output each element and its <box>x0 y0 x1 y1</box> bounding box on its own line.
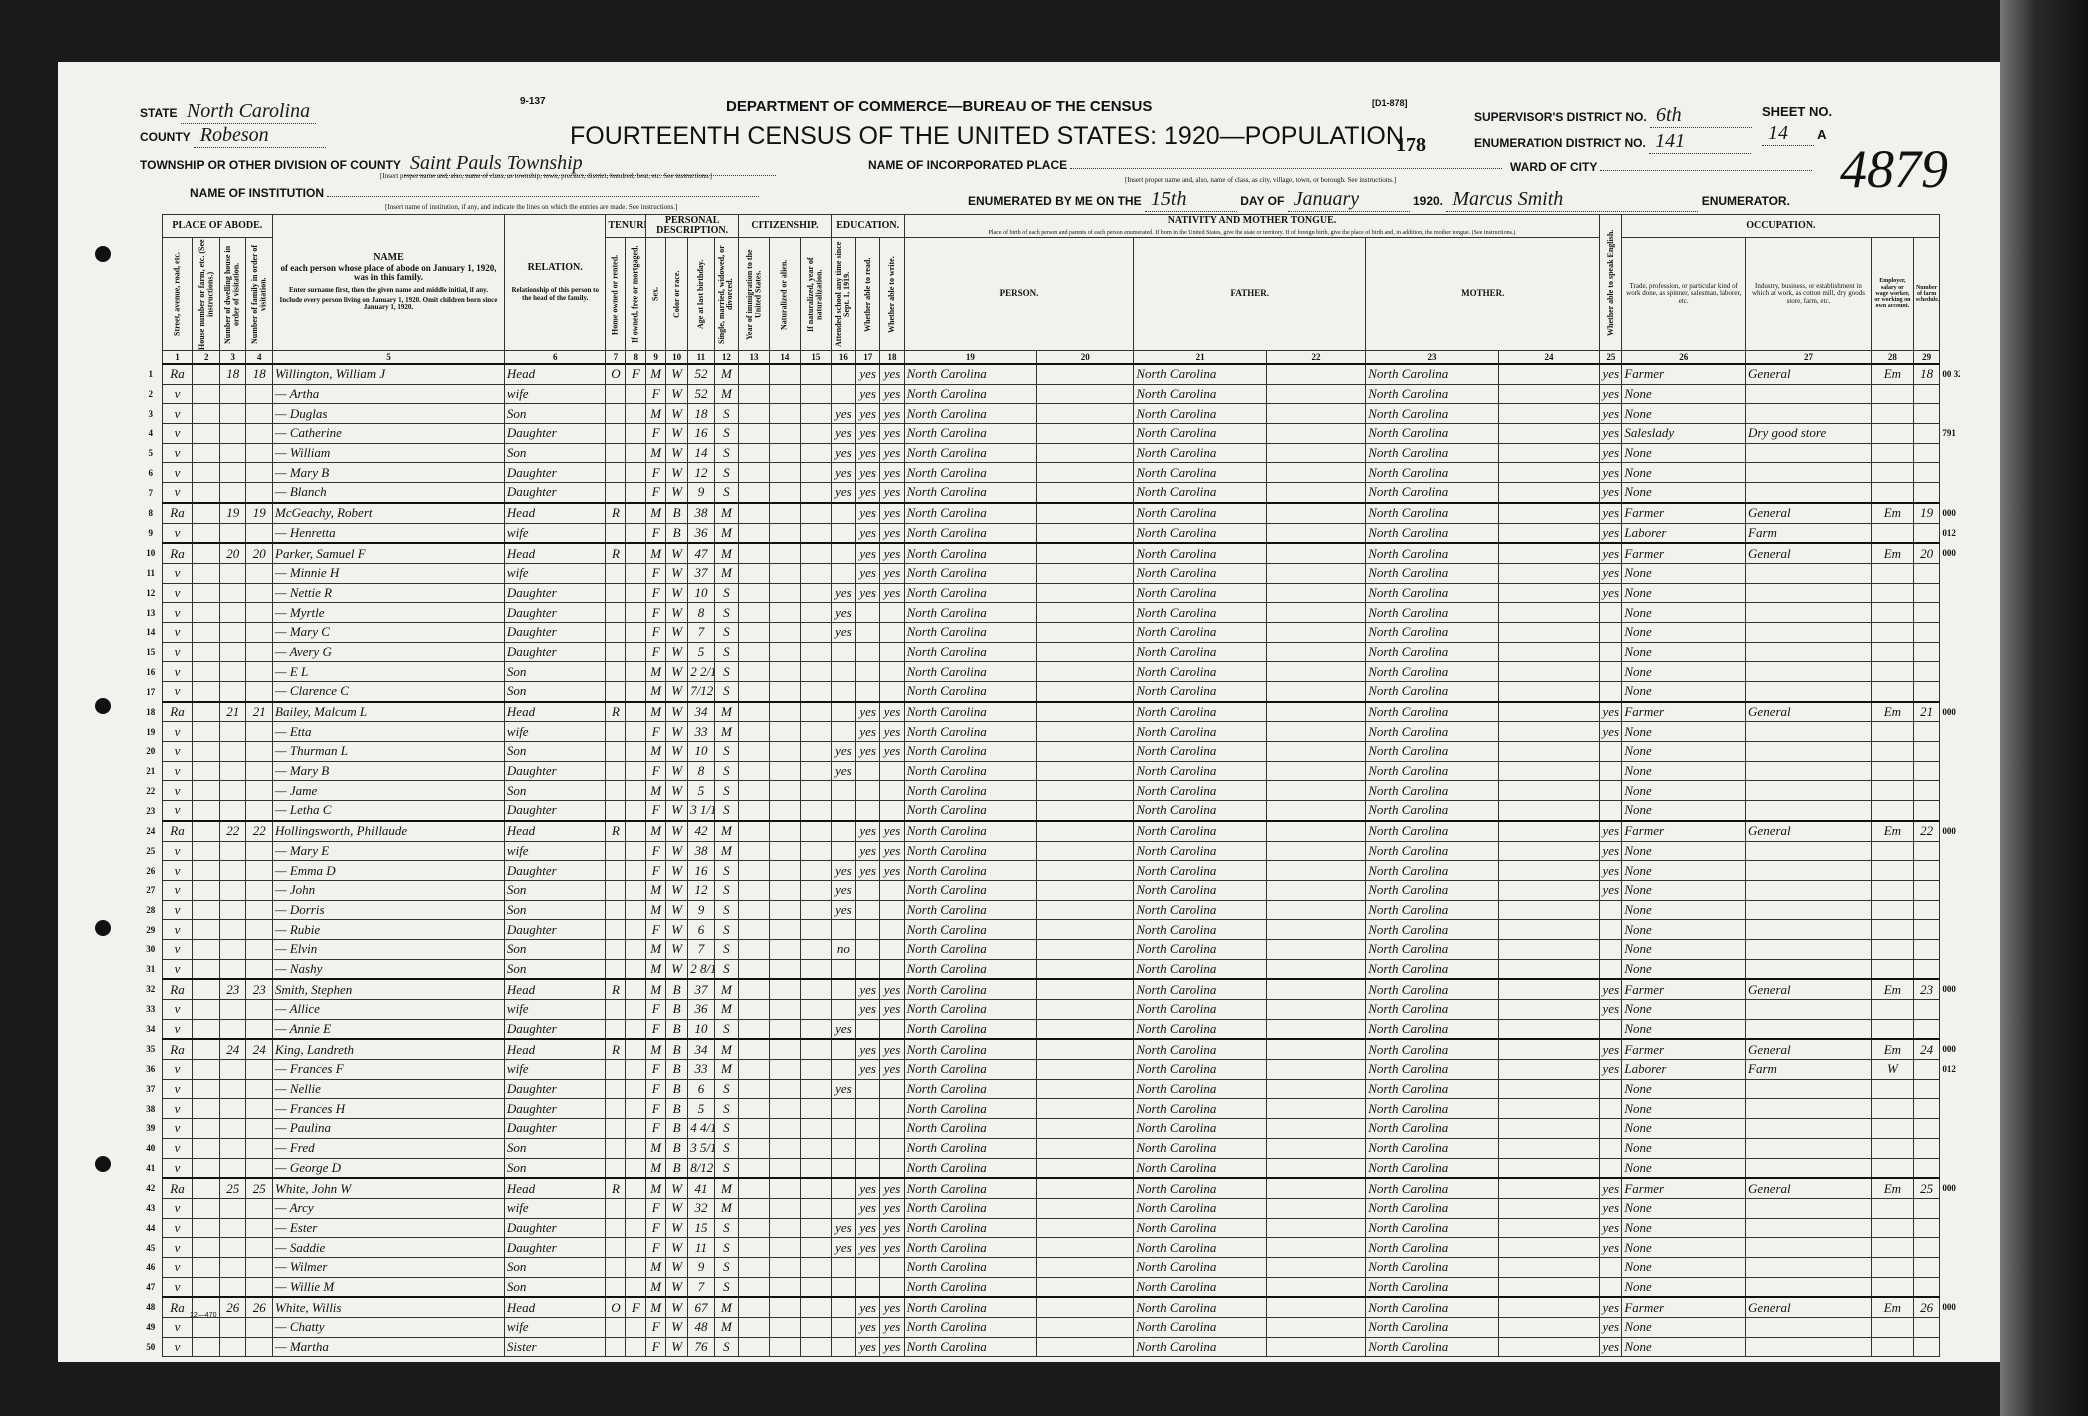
department-title: DEPARTMENT OF COMMERCE—BUREAU OF THE CEN… <box>726 98 1152 115</box>
speak-english-cell: yes <box>1600 1039 1622 1059</box>
race-cell: W <box>666 682 688 702</box>
read-cell <box>856 1277 880 1297</box>
birthplace-cell: North Carolina <box>904 603 1037 623</box>
street-cell: Ra <box>162 364 193 384</box>
marital-cell: M <box>714 523 738 543</box>
industry-cell: Dry good store <box>1746 424 1872 444</box>
age-cell: 12 <box>688 463 715 483</box>
mother-tongue-cell <box>1498 900 1600 920</box>
family-number-cell <box>246 622 273 642</box>
free-mortgaged-cell <box>626 1158 646 1178</box>
table-row: 33v— AllicewifeFB36MyesyesNorth Carolina… <box>140 1000 1960 1020</box>
street-cell: v <box>162 959 193 979</box>
employer-class-cell <box>1871 900 1913 920</box>
home-owned-cell <box>606 483 626 503</box>
mother-tongue-cell <box>1037 939 1134 959</box>
free-mortgaged-cell <box>626 563 646 583</box>
relation-cell: wife <box>504 523 606 543</box>
farm-schedule-cell <box>1913 662 1940 682</box>
column-number: 6 <box>504 351 606 365</box>
read-cell: yes <box>856 543 880 563</box>
write-cell: yes <box>880 463 904 483</box>
employer-class-cell: Em <box>1871 821 1913 841</box>
marital-cell: M <box>714 1000 738 1020</box>
employer-class-cell <box>1871 662 1913 682</box>
mother-birthplace-cell: North Carolina <box>1366 563 1499 583</box>
father-birthplace-cell: North Carolina <box>1134 1138 1267 1158</box>
age-cell: 7/12 <box>688 682 715 702</box>
column-number: 18 <box>880 351 904 365</box>
father-birthplace-cell: North Carolina <box>1134 939 1267 959</box>
family-number-cell <box>246 1079 273 1099</box>
occupation-cell: None <box>1622 920 1746 940</box>
naturalization-year-cell <box>800 959 831 979</box>
speak-english-cell <box>1600 1099 1622 1119</box>
house-number-cell <box>193 979 220 999</box>
speak-english-cell <box>1600 1138 1622 1158</box>
school-cell <box>831 1000 855 1020</box>
industry-cell <box>1746 642 1872 662</box>
school-cell <box>831 1158 855 1178</box>
house-number-cell <box>193 900 220 920</box>
birthplace-cell: North Carolina <box>904 1138 1037 1158</box>
mother-tongue-cell <box>1037 483 1134 503</box>
table-row: 2v— ArthawifeFW52MyesyesNorth CarolinaNo… <box>140 384 1960 404</box>
dwelling-number-cell: 23 <box>219 979 246 999</box>
farm-schedule-cell <box>1913 463 1940 483</box>
marital-cell: M <box>714 702 738 722</box>
table-row: 21v— Mary BDaughterFW8SyesNorth Carolina… <box>140 761 1960 781</box>
school-cell: yes <box>831 1079 855 1099</box>
read-cell <box>856 603 880 623</box>
mother-birthplace-cell: North Carolina <box>1366 1337 1499 1357</box>
margin-note <box>1940 404 1960 424</box>
age-cell: 37 <box>688 979 715 999</box>
table-row: 45v— SaddieDaughterFW11SyesyesyesNorth C… <box>140 1238 1960 1258</box>
naturalization-year-cell <box>800 1039 831 1059</box>
family-number-cell <box>246 384 273 404</box>
street-cell: v <box>162 1119 193 1139</box>
relation-cell: wife <box>504 563 606 583</box>
immigration-cell <box>739 959 770 979</box>
speak-english-cell <box>1600 662 1622 682</box>
birthplace-cell: North Carolina <box>904 1099 1037 1119</box>
employer-class-cell <box>1871 1198 1913 1218</box>
street-cell: v <box>162 861 193 881</box>
naturalized-cell <box>769 443 800 463</box>
father-tongue-cell <box>1266 761 1365 781</box>
person-name: — Ester <box>273 1218 505 1238</box>
mother-tongue-cell <box>1037 384 1134 404</box>
family-number-cell: 18 <box>246 364 273 384</box>
table-row: 28v— DorrisSonMW9SyesNorth CarolinaNorth… <box>140 900 1960 920</box>
employer-class-cell <box>1871 1158 1913 1178</box>
father-tongue-cell <box>1266 384 1365 404</box>
race-cell: W <box>666 1218 688 1238</box>
naturalization-year-cell <box>800 801 831 821</box>
sex-cell: F <box>646 1318 666 1338</box>
table-row: 16v— E LSonMW2 2/12SNorth CarolinaNorth … <box>140 662 1960 682</box>
naturalization-year-cell <box>800 1337 831 1357</box>
father-tongue-cell <box>1266 523 1365 543</box>
margin-note: 000 <box>1940 1039 1960 1059</box>
race-cell: W <box>666 939 688 959</box>
person-name: Hollingsworth, Phillaude <box>273 821 505 841</box>
occupation-cell: None <box>1622 801 1746 821</box>
margin-note: 012 <box>1940 1060 1960 1080</box>
write-cell <box>880 1119 904 1139</box>
person-name: — Mary B <box>273 463 505 483</box>
industry-cell <box>1746 483 1872 503</box>
birthplace-cell: North Carolina <box>904 1178 1037 1198</box>
father-birthplace-cell: North Carolina <box>1134 1000 1267 1020</box>
sex-cell: M <box>646 543 666 563</box>
race-cell: W <box>666 603 688 623</box>
person-name: — Arcy <box>273 1198 505 1218</box>
father-tongue-cell <box>1266 959 1365 979</box>
enumerator-label: ENUMERATOR. <box>1702 194 1790 208</box>
read-cell <box>856 900 880 920</box>
margin-note <box>1940 682 1960 702</box>
dwelling-number-cell <box>219 742 246 762</box>
free-mortgaged-cell <box>626 1019 646 1039</box>
speak-english-cell: yes <box>1600 861 1622 881</box>
form-number: 9-137 <box>520 96 546 107</box>
farm-schedule-cell <box>1913 1060 1940 1080</box>
margin-note <box>1940 1000 1960 1020</box>
street-cell: v <box>162 900 193 920</box>
ward-value <box>1600 170 1812 171</box>
mother-birthplace-cell: North Carolina <box>1366 603 1499 623</box>
mother-tongue-cell <box>1037 364 1134 384</box>
naturalization-year-cell <box>800 1119 831 1139</box>
sex-cell: F <box>646 1337 666 1357</box>
relation-cell: Daughter <box>504 463 606 483</box>
margin-note: 000 <box>1940 543 1960 563</box>
dwelling-number-cell: 24 <box>219 1039 246 1059</box>
person-name: Smith, Stephen <box>273 979 505 999</box>
marital-cell: S <box>714 483 738 503</box>
immigration-cell <box>739 1238 770 1258</box>
mother-birthplace-cell: North Carolina <box>1366 1257 1499 1277</box>
occupation-cell: None <box>1622 603 1746 623</box>
street-cell: v <box>162 1318 193 1338</box>
naturalized-cell <box>769 1257 800 1277</box>
street-cell: v <box>162 1277 193 1297</box>
sex-cell: F <box>646 722 666 742</box>
race-cell: W <box>666 1337 688 1357</box>
farm-schedule-cell <box>1913 523 1940 543</box>
census-title: FOURTEENTH CENSUS OF THE UNITED STATES: … <box>570 122 1404 151</box>
line-number: 33 <box>140 1000 162 1020</box>
col-industry: Industry, business, or establishment in … <box>1746 238 1872 351</box>
mother-tongue-cell <box>1498 503 1600 523</box>
speak-english-cell <box>1600 742 1622 762</box>
sex-cell: F <box>646 483 666 503</box>
house-number-cell <box>193 742 220 762</box>
speak-english-cell <box>1600 642 1622 662</box>
home-owned-cell <box>606 443 626 463</box>
naturalization-year-cell <box>800 1218 831 1238</box>
marital-cell: M <box>714 1039 738 1059</box>
age-cell: 48 <box>688 1318 715 1338</box>
race-cell: W <box>666 861 688 881</box>
margin-note <box>1940 1099 1960 1119</box>
father-birthplace-cell: North Carolina <box>1134 1318 1267 1338</box>
family-number-cell <box>246 1318 273 1338</box>
home-owned-cell <box>606 761 626 781</box>
mother-tongue-cell <box>1498 424 1600 444</box>
family-number-cell: 20 <box>246 543 273 563</box>
farm-schedule-cell: 25 <box>1913 1178 1940 1198</box>
col-farm-schedule: Number of farm schedule. <box>1913 238 1940 351</box>
person-name: — Jame <box>273 781 505 801</box>
school-cell: yes <box>831 622 855 642</box>
person-name: — Nettie R <box>273 583 505 603</box>
relation-cell: Daughter <box>504 1238 606 1258</box>
employer-class-cell <box>1871 443 1913 463</box>
immigration-cell <box>739 939 770 959</box>
line-number: 8 <box>140 503 162 523</box>
free-mortgaged-cell <box>626 483 646 503</box>
name-note: Include every person living on January 1… <box>275 297 502 312</box>
house-number-cell <box>193 939 220 959</box>
school-cell: yes <box>831 463 855 483</box>
mother-tongue-cell <box>1037 1158 1134 1178</box>
margin-note <box>1940 861 1960 881</box>
person-name: — Wilmer <box>273 1257 505 1277</box>
employer-class-cell: Em <box>1871 979 1913 999</box>
immigration-cell <box>739 483 770 503</box>
person-name: — Minnie H <box>273 563 505 583</box>
person-name: — Henretta <box>273 523 505 543</box>
speak-english-cell <box>1600 920 1622 940</box>
race-cell: W <box>666 1297 688 1317</box>
mother-birthplace-cell: North Carolina <box>1366 1019 1499 1039</box>
dwelling-number-cell <box>219 959 246 979</box>
naturalization-year-cell <box>800 583 831 603</box>
line-number: 27 <box>140 880 162 900</box>
mother-tongue-cell <box>1498 1119 1600 1139</box>
birthplace-cell: North Carolina <box>904 1257 1037 1277</box>
mother-tongue-cell <box>1498 1297 1600 1317</box>
house-number-cell <box>193 1019 220 1039</box>
person-name: — Emma D <box>273 861 505 881</box>
col-age: Age at last birthday. <box>688 238 715 351</box>
street-cell: v <box>162 841 193 861</box>
employer-class-cell <box>1871 404 1913 424</box>
person-name: King, Landreth <box>273 1039 505 1059</box>
mother-tongue-cell <box>1037 1198 1134 1218</box>
free-mortgaged-cell <box>626 1000 646 1020</box>
farm-schedule-cell <box>1913 404 1940 424</box>
dwelling-number-cell <box>219 424 246 444</box>
read-cell <box>856 1257 880 1277</box>
speak-english-cell: yes <box>1600 1318 1622 1338</box>
race-cell: W <box>666 662 688 682</box>
house-number-cell <box>193 959 220 979</box>
table-row: 34v— Annie EDaughterFB10SyesNorth Caroli… <box>140 1019 1960 1039</box>
race-cell: B <box>666 503 688 523</box>
margin-note <box>1940 880 1960 900</box>
mother-birthplace-cell: North Carolina <box>1366 1198 1499 1218</box>
read-cell: yes <box>856 979 880 999</box>
school-cell <box>831 503 855 523</box>
immigration-cell <box>739 463 770 483</box>
father-birthplace-cell: North Carolina <box>1134 841 1267 861</box>
read-cell: yes <box>856 1060 880 1080</box>
home-owned-cell <box>606 742 626 762</box>
sex-cell: F <box>646 861 666 881</box>
father-tongue-cell <box>1266 622 1365 642</box>
school-cell <box>831 821 855 841</box>
employer-class-cell <box>1871 722 1913 742</box>
father-birthplace-cell: North Carolina <box>1134 1158 1267 1178</box>
farm-schedule-cell: 23 <box>1913 979 1940 999</box>
father-birthplace-cell: North Carolina <box>1134 424 1267 444</box>
mother-tongue-cell <box>1498 1060 1600 1080</box>
occupation-cell: Laborer <box>1622 1060 1746 1080</box>
immigration-cell <box>739 1039 770 1059</box>
race-cell: W <box>666 384 688 404</box>
relation-cell: Son <box>504 404 606 424</box>
line-number: 37 <box>140 1079 162 1099</box>
speak-english-cell: yes <box>1600 1178 1622 1198</box>
relation-cell: Son <box>504 1158 606 1178</box>
employer-class-cell <box>1871 1257 1913 1277</box>
relation-cell: Son <box>504 939 606 959</box>
mother-tongue-cell <box>1037 1039 1134 1059</box>
house-number-cell <box>193 364 220 384</box>
marital-cell: M <box>714 364 738 384</box>
industry-cell <box>1746 622 1872 642</box>
person-name: — John <box>273 880 505 900</box>
read-cell: yes <box>856 483 880 503</box>
mother-tongue-cell <box>1498 443 1600 463</box>
farm-schedule-cell <box>1913 761 1940 781</box>
mother-tongue-cell <box>1498 781 1600 801</box>
write-cell: yes <box>880 1337 904 1357</box>
person-name: — Mary E <box>273 841 505 861</box>
col-naturalized: Naturalized or alien. <box>769 238 800 351</box>
speak-english-cell <box>1600 1079 1622 1099</box>
margin-note: 000 <box>1940 1178 1960 1198</box>
street-cell: v <box>162 1337 193 1357</box>
col-sex: Sex. <box>646 238 666 351</box>
naturalized-cell <box>769 523 800 543</box>
marital-cell: S <box>714 781 738 801</box>
mother-tongue-cell <box>1498 1019 1600 1039</box>
line-number: 28 <box>140 900 162 920</box>
industry-cell <box>1746 682 1872 702</box>
sex-cell: M <box>646 662 666 682</box>
father-tongue-cell <box>1266 781 1365 801</box>
line-number: 31 <box>140 959 162 979</box>
mother-tongue-cell <box>1498 682 1600 702</box>
relation-desc: Relationship of this person to the head … <box>507 287 604 302</box>
street-cell: v <box>162 384 193 404</box>
mother-birthplace-cell: North Carolina <box>1366 742 1499 762</box>
school-cell: yes <box>831 424 855 444</box>
race-cell: W <box>666 1178 688 1198</box>
dwelling-number-cell: 21 <box>219 702 246 722</box>
birthplace-cell: North Carolina <box>904 1297 1037 1317</box>
mother-birthplace-cell: North Carolina <box>1366 1039 1499 1059</box>
race-cell: B <box>666 1019 688 1039</box>
age-cell: 16 <box>688 424 715 444</box>
family-number-cell <box>246 1277 273 1297</box>
mother-tongue-cell <box>1037 841 1134 861</box>
industry-cell <box>1746 1318 1872 1338</box>
employer-class-cell: Em <box>1871 543 1913 563</box>
industry-cell <box>1746 1277 1872 1297</box>
naturalized-cell <box>769 603 800 623</box>
relation-cell: Daughter <box>504 603 606 623</box>
age-cell: 52 <box>688 364 715 384</box>
family-number-cell <box>246 722 273 742</box>
relation-cell: Head <box>504 364 606 384</box>
free-mortgaged-cell <box>626 900 646 920</box>
speak-english-cell: yes <box>1600 503 1622 523</box>
occupation-cell: None <box>1622 1099 1746 1119</box>
dwelling-number-cell <box>219 662 246 682</box>
speak-english-cell: yes <box>1600 364 1622 384</box>
father-birthplace-cell: North Carolina <box>1134 702 1267 722</box>
margin-note: 000 <box>1940 1297 1960 1317</box>
occupation-cell: None <box>1622 861 1746 881</box>
relation-cell: Daughter <box>504 583 606 603</box>
supervisor-field: SUPERVISOR'S DISTRICT NO. 6th <box>1474 104 1752 128</box>
school-cell: yes <box>831 900 855 920</box>
race-cell: W <box>666 841 688 861</box>
employer-class-cell <box>1871 1119 1913 1139</box>
free-mortgaged-cell <box>626 1079 646 1099</box>
home-owned-cell <box>606 1218 626 1238</box>
industry-cell: General <box>1746 1039 1872 1059</box>
farm-schedule-cell <box>1913 900 1940 920</box>
mother-birthplace-cell: North Carolina <box>1366 761 1499 781</box>
employer-class-cell <box>1871 841 1913 861</box>
age-cell: 38 <box>688 841 715 861</box>
margin-note <box>1940 1019 1960 1039</box>
group-occupation: OCCUPATION. <box>1622 215 1940 238</box>
occupation-cell: None <box>1622 841 1746 861</box>
home-owned-cell <box>606 1138 626 1158</box>
sex-cell: M <box>646 1277 666 1297</box>
occupation-cell: Laborer <box>1622 523 1746 543</box>
sex-cell: F <box>646 384 666 404</box>
marital-cell: M <box>714 1060 738 1080</box>
read-cell <box>856 781 880 801</box>
read-cell <box>856 1099 880 1119</box>
immigration-cell <box>739 979 770 999</box>
street-cell: v <box>162 483 193 503</box>
home-owned-cell <box>606 1198 626 1218</box>
birthplace-cell: North Carolina <box>904 642 1037 662</box>
school-cell: yes <box>831 880 855 900</box>
mother-birthplace-cell: North Carolina <box>1366 463 1499 483</box>
family-number-cell <box>246 801 273 821</box>
mother-birthplace-cell: North Carolina <box>1366 1297 1499 1317</box>
home-owned-cell: O <box>606 1297 626 1317</box>
house-number-cell <box>193 781 220 801</box>
father-birthplace-cell: North Carolina <box>1134 781 1267 801</box>
occupation-cell: None <box>1622 880 1746 900</box>
house-number-cell <box>193 1218 220 1238</box>
street-cell: v <box>162 880 193 900</box>
house-number-cell <box>193 603 220 623</box>
person-name: — Martha <box>273 1337 505 1357</box>
